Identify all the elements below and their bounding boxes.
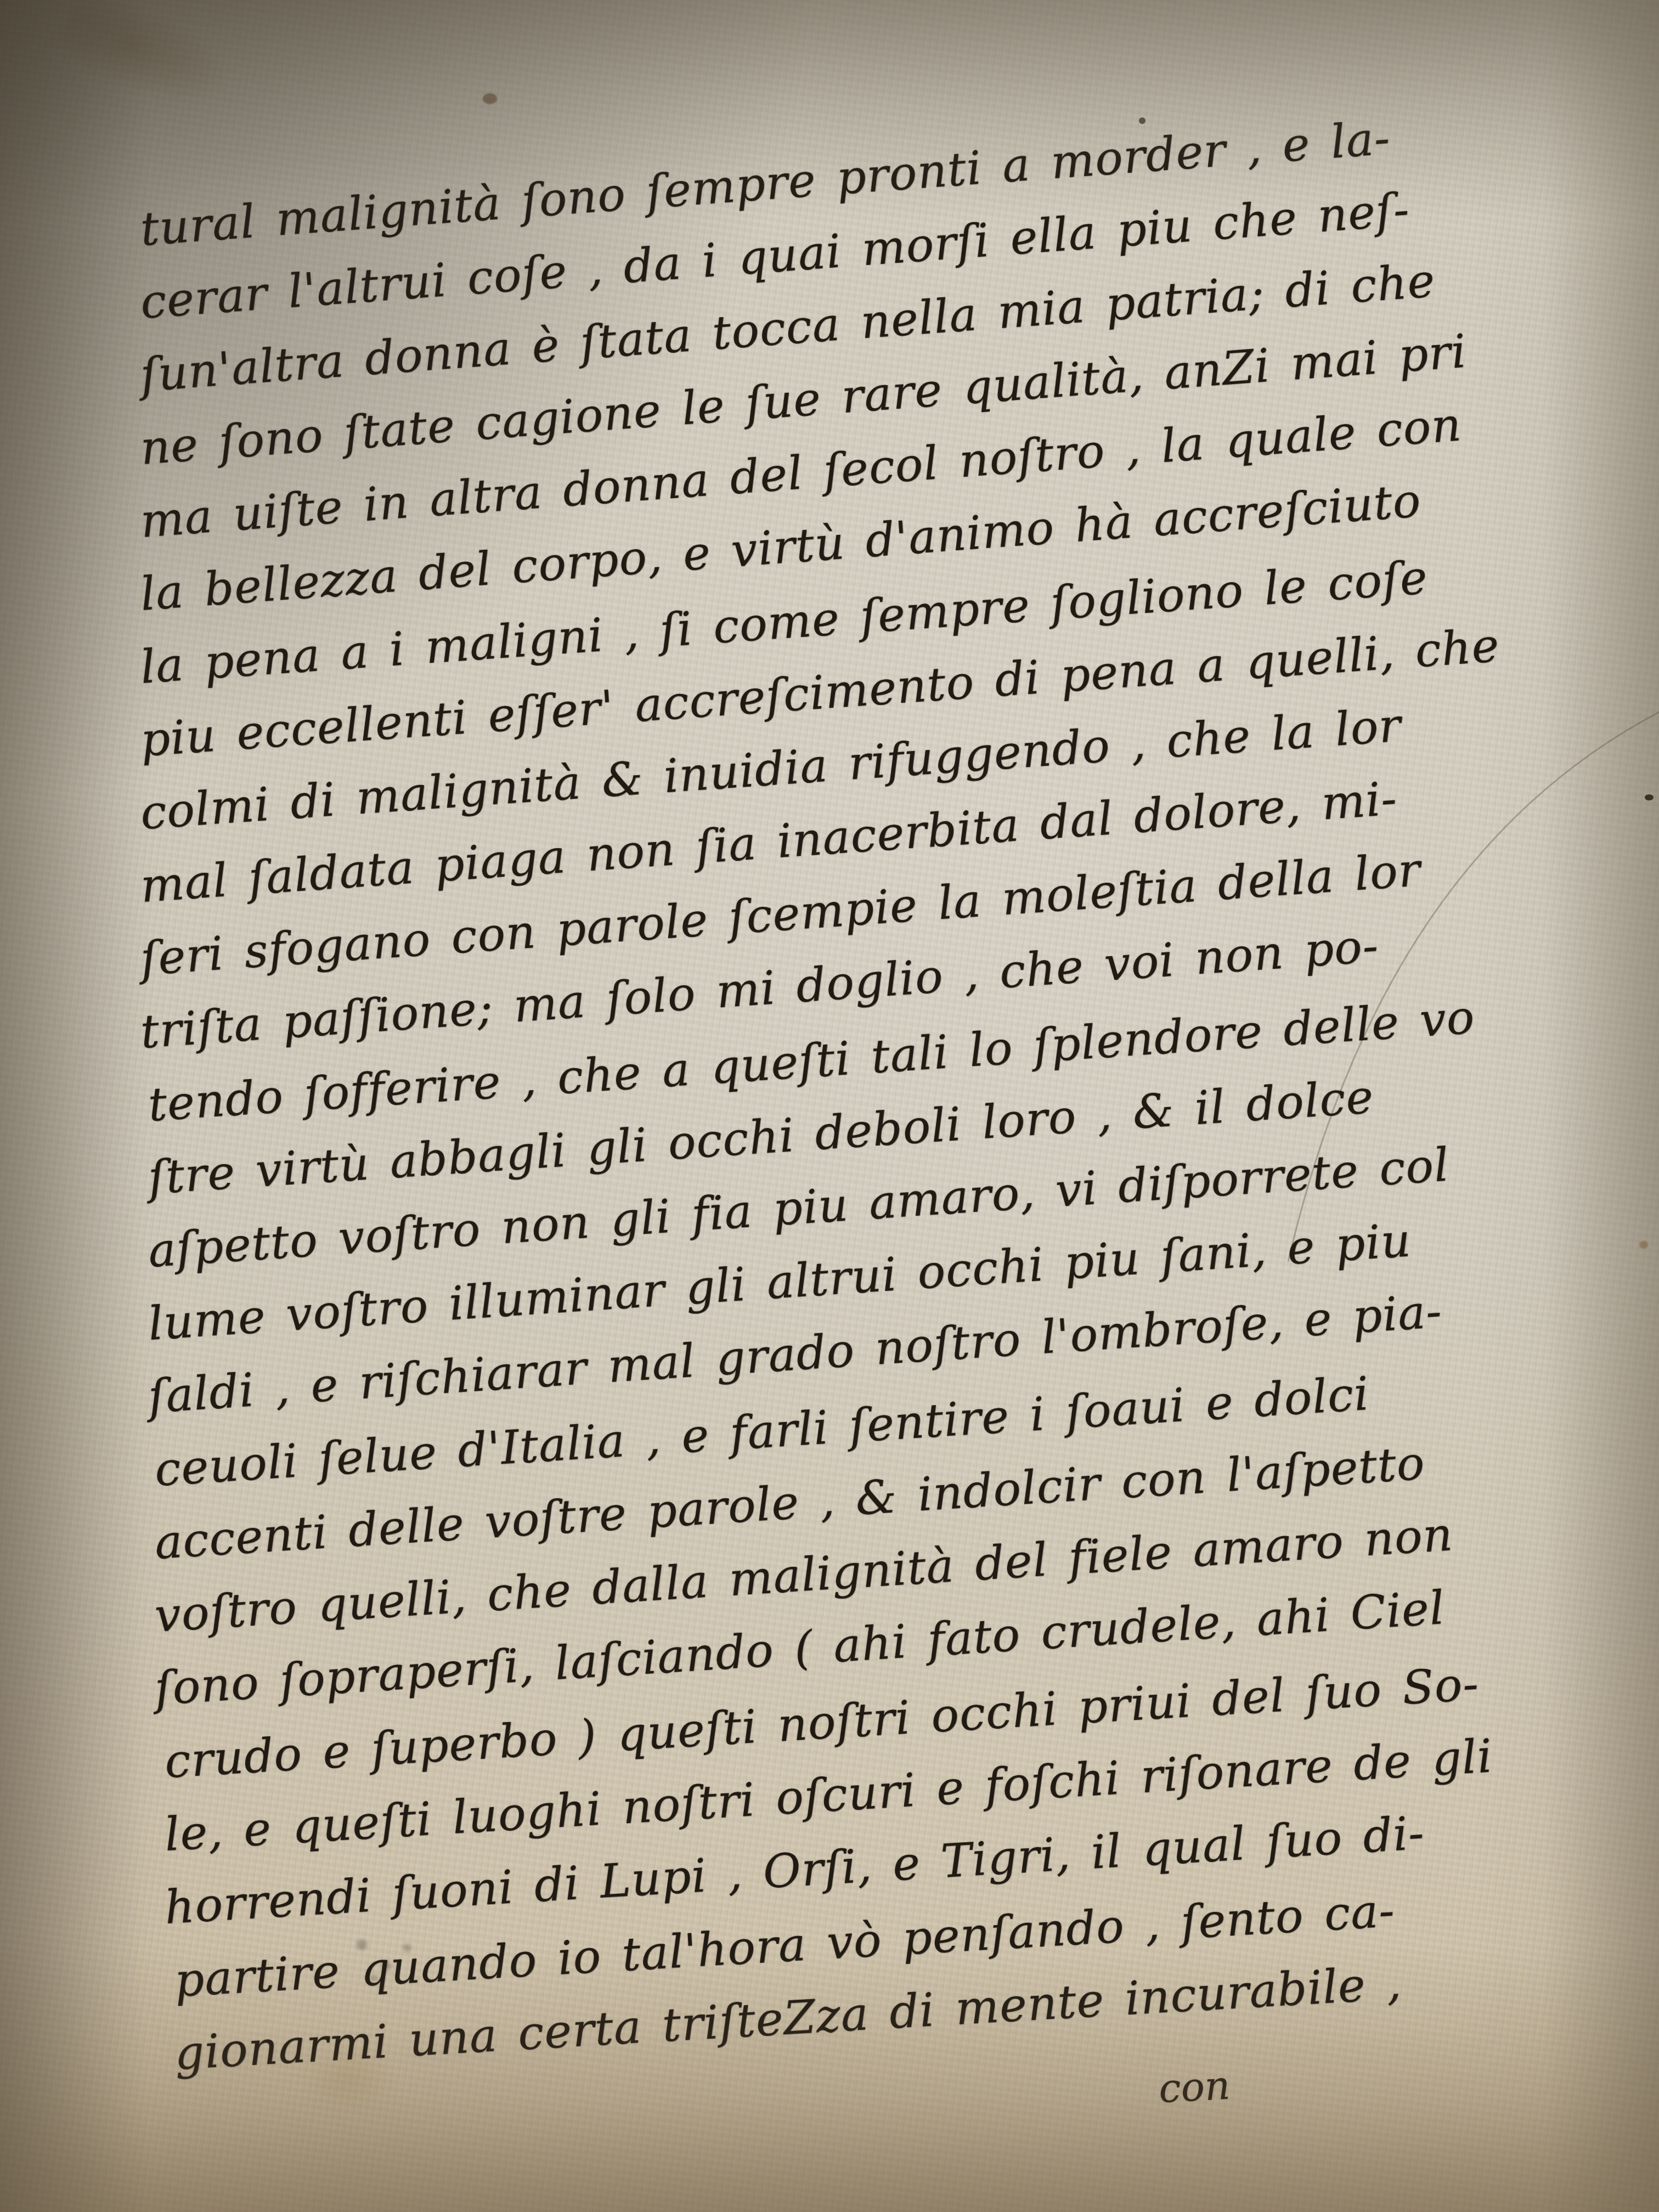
book-page: tural malignità ſono ſempre pronti a mor…	[0, 0, 1659, 2212]
ink-speck	[1639, 1241, 1648, 1249]
paper-stain	[50, 0, 246, 125]
ink-speck	[483, 93, 497, 104]
catchword: con	[1158, 2062, 1231, 2112]
page-text: tural malignità ſono ſempre pronti a mor…	[142, 193, 1504, 2090]
ink-speck	[1645, 794, 1654, 800]
